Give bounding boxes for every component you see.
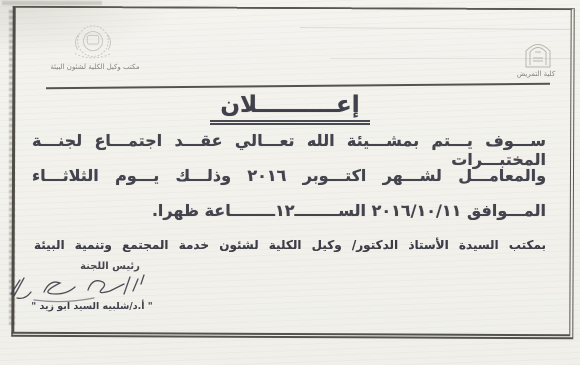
office-caption: مكتب وكيل الكلية لشئون البيئة: [36, 63, 154, 71]
chair-name: " أ.د/شلبيه السيد ابو زيد ": [24, 301, 160, 312]
announcement-title: إعــــــــــلان: [210, 92, 369, 125]
location-line: بمكتب السيدة الأستاذ الدكتور/ وكيل الكلي…: [34, 238, 546, 252]
scanned-announcement-document: مكتب وكيل الكلية لشئون البيئة كلية التمر…: [0, 0, 580, 365]
body-line-2: والمعامـــل لشـــهر اكتـــوبر ٢٠١٦ وذلــ…: [32, 166, 546, 185]
faculty-caption: كلية التمريض: [504, 70, 568, 78]
faculty-crest-icon: [520, 38, 556, 70]
body-line-1: ســـوف يـــتم بمشـــيئة الله تعـــالي عق…: [32, 131, 546, 169]
handwritten-signature: [4, 269, 156, 305]
body-line-3: المـــوافق ٢٠١٦/١٠/١١ الســــــــ١٢ـــــ…: [32, 201, 546, 220]
scan-artifact-top-left: [2, 1, 102, 5]
university-seal-icon: [66, 22, 120, 66]
